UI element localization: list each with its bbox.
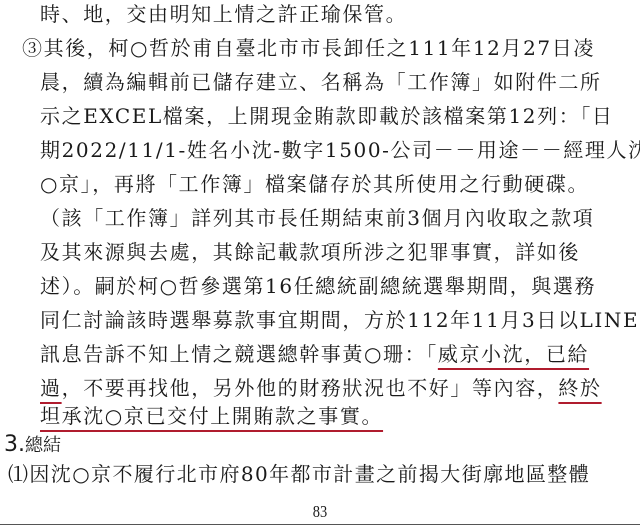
text-line-3: 晨，續為編輯前已儲存建立、名稱為「工作簿」如附件二所: [40, 70, 602, 94]
list-item-1: ⑴因沈○京不履行北市府80年都市計畫之前揭大街廓地區整體: [8, 462, 590, 486]
line-12-plain: ，不要再找他，另外他的財務狀況也不好」等內容，: [62, 376, 559, 400]
section-title: 總結: [25, 435, 61, 456]
highlighted-admission-end: 坦承沈○京已交付上開賄款之事實。: [40, 404, 383, 428]
highlighted-admission-start: 終於: [558, 376, 601, 400]
document-page: 時、地，交由明知上情之許正瑜保管。 ③其後，柯○哲於甫自臺北市市長卸任之111年…: [0, 0, 640, 529]
text-line-4: 示之EXCEL檔案，上開現金賄款即載於該檔案第12列：「日: [40, 104, 614, 128]
text-line-11: 訊息告訴不知上情之競選總幹事黃○珊：「威京小沈，已給: [40, 342, 589, 366]
text-line-12: 過，不要再找他，另外他的財務狀況也不好」等內容，終於: [40, 376, 602, 400]
text-line-13: 坦承沈○京已交付上開賄款之事實。: [40, 404, 383, 428]
text-line-8: 及其來源與去處，其餘記載款項所涉之犯罪事實，詳如後: [40, 240, 580, 264]
text-line-2: ③其後，柯○哲於甫自臺北市市長卸任之111年12月27日凌: [22, 36, 595, 60]
highlighted-quote-start: 威京小沈，已給: [438, 342, 589, 366]
page-number: 83: [48, 502, 592, 522]
highlighted-quote-end: 過: [40, 376, 62, 400]
text-line-7: （該「工作簿」詳列其市長任期結束前3個月內收取之款項: [40, 206, 594, 230]
text-line-10: 同仁討論該時選舉募款事宜期間，方於112年11月3日以LINE: [40, 308, 639, 332]
text-line-9: 述）。嗣於柯○哲參選第16任總統副總統選舉期間，與選務: [40, 274, 596, 298]
section-number: 3.: [4, 432, 25, 457]
line-11-plain: 訊息告訴不知上情之競選總幹事黃○珊：「: [40, 342, 438, 366]
footer-divider: [0, 524, 640, 525]
text-line-5: 期2022/11/1-姓名小沈-數字1500-公司－－用途－－經理人沈: [40, 138, 640, 162]
text-line-1: 時、地，交由明知上情之許正瑜保管。: [40, 2, 407, 26]
text-line-6: ○京」，再將「工作簿」檔案儲存於其所使用之行動硬碟。: [40, 172, 589, 196]
section-heading: 3.總結: [4, 432, 61, 458]
